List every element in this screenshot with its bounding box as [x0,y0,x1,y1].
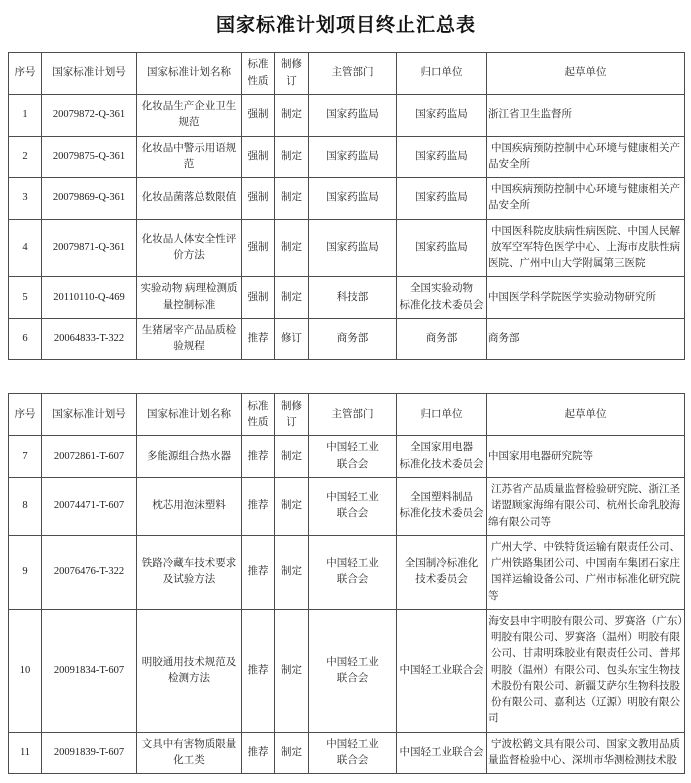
table-cell: 中国轻工业 联合会 [309,535,397,609]
table-cell: 10 [9,609,42,732]
table-cell: 强制 [242,178,275,220]
table-cell: 化妆品人体安全性评价方法 [137,219,242,277]
table-cell: 明胶通用技术规范及检测方法 [137,609,242,732]
table-cell: 20091839-T-607 [42,732,137,774]
table-cell: 枕芯用泡沫塑料 [137,477,242,535]
standards-termination-table-2: 序号国家标准计划号国家标准计划名称标准 性质制修订主管部门归口单位起草单位720… [8,393,685,774]
table-cell: 制定 [275,609,309,732]
column-header: 国家标准计划名称 [137,394,242,436]
column-header: 归口单位 [397,53,487,95]
table-cell: 4 [9,219,42,277]
table-cell: 20079875-Q-361 [42,136,137,178]
table-cell: 强制 [242,136,275,178]
table-cell: 全国制冷标准化 技术委员会 [397,535,487,609]
table-cell: 制定 [275,178,309,220]
table-cell: 中国疾病预防控制中心环境与健康相关产品安全所 [487,136,685,178]
table-cell: 制定 [275,436,309,478]
table-cell: 制定 [275,732,309,774]
table-cell: 文具中有害物质限量 化工类 [137,732,242,774]
table-row: 1020091834-T-607明胶通用技术规范及检测方法推荐制定中国轻工业 联… [9,609,685,732]
table-cell: 推荐 [242,318,275,360]
table-cell: 中国轻工业 联合会 [309,732,397,774]
table-cell: 全国家用电器 标准化技术委员会 [397,436,487,478]
column-header: 制修订 [275,394,309,436]
column-header: 主管部门 [309,394,397,436]
table-row: 820074471-T-607枕芯用泡沫塑料推荐制定中国轻工业 联合会全国塑料制… [9,477,685,535]
table-cell: 实验动物 病理检测质量控制标准 [137,277,242,319]
table-cell: 强制 [242,95,275,137]
table-cell: 20079872-Q-361 [42,95,137,137]
standards-termination-table-1: 序号国家标准计划号国家标准计划名称标准 性质制修订主管部门归口单位起草单位120… [8,52,685,360]
column-header: 起草单位 [487,394,685,436]
table-cell: 化妆品菌落总数限值 [137,178,242,220]
table-cell: 制定 [275,277,309,319]
table-cell: 全国塑料制品 标准化技术委员会 [397,477,487,535]
header-row: 序号国家标准计划号国家标准计划名称标准 性质制修订主管部门归口单位起草单位 [9,394,685,436]
table-cell: 科技部 [309,277,397,319]
table-cell: 铁路冷藏车技术要求及试验方法 [137,535,242,609]
table-row: 520110110-Q-469实验动物 病理检测质量控制标准强制制定科技部全国实… [9,277,685,319]
table-cell: 中国医学科学院医学实验动物研究所 [487,277,685,319]
table-cell: 广州大学、中铁特货运输有限责任公司、广州铁路集团公司、中国南车集团石家庄国祥运输… [487,535,685,609]
table-cell: 商务部 [309,318,397,360]
table-cell: 中国家用电器研究院等 [487,436,685,478]
table-cell: 20076476-T-322 [42,535,137,609]
column-header: 制修订 [275,53,309,95]
column-header: 国家标准计划号 [42,394,137,436]
table-cell: 国家药监局 [397,136,487,178]
column-header: 归口单位 [397,394,487,436]
table-cell: 国家药监局 [397,219,487,277]
table-cell: 江苏省产品质量监督检验研究院、浙江圣诺盟顾家海绵有限公司、杭州长命乳胶海绵有限公… [487,477,685,535]
column-header: 主管部门 [309,53,397,95]
table-cell: 浙江省卫生监督所 [487,95,685,137]
table-cell: 20110110-Q-469 [42,277,137,319]
table-cell: 海安县申宇明胶有限公司、罗赛洛（广东）明胶有限公司、罗赛洛（温州）明胶有限公司、… [487,609,685,732]
column-header: 序号 [9,53,42,95]
table-cell: 11 [9,732,42,774]
table-cell: 国家药监局 [309,95,397,137]
table-cell: 推荐 [242,609,275,732]
table-cell: 9 [9,535,42,609]
table-cell: 推荐 [242,732,275,774]
table-cell: 推荐 [242,535,275,609]
table-cell: 20079871-Q-361 [42,219,137,277]
table-cell: 中国医科院皮肤病性病医院、中国人民解放军空军特色医学中心、上海市皮肤性病医院、广… [487,219,685,277]
column-header: 标准 性质 [242,394,275,436]
table-row: 120079872-Q-361化妆品生产企业卫生规范强制制定国家药监局国家药监局… [9,95,685,137]
table-cell: 宁波松鹤文具有限公司、国家文教用品质量监督检验中心、深圳市华测检测技术股 [487,732,685,774]
table-cell: 20072861-T-607 [42,436,137,478]
table-cell: 制定 [275,535,309,609]
table-cell: 20064833-T-322 [42,318,137,360]
table-cell: 20091834-T-607 [42,609,137,732]
table-cell: 20079869-Q-361 [42,178,137,220]
table-cell: 推荐 [242,436,275,478]
table-cell: 制定 [275,219,309,277]
table-cell: 国家药监局 [309,219,397,277]
column-header: 序号 [9,394,42,436]
table-cell: 20074471-T-607 [42,477,137,535]
table-cell: 修订 [275,318,309,360]
column-header: 国家标准计划名称 [137,53,242,95]
header-row: 序号国家标准计划号国家标准计划名称标准 性质制修订主管部门归口单位起草单位 [9,53,685,95]
table-cell: 5 [9,277,42,319]
table-cell: 全国实验动物 标准化技术委员会 [397,277,487,319]
table-cell: 推荐 [242,477,275,535]
table-cell: 中国轻工业联合会 [397,609,487,732]
table-cell: 国家药监局 [309,136,397,178]
table-cell: 1 [9,95,42,137]
table-cell: 中国疾病预防控制中心环境与健康相关产品安全所 [487,178,685,220]
table-cell: 国家药监局 [309,178,397,220]
table-cell: 商务部 [397,318,487,360]
table-cell: 制定 [275,477,309,535]
table-cell: 国家药监局 [397,95,487,137]
column-header: 标准 性质 [242,53,275,95]
table-cell: 3 [9,178,42,220]
table-row: 320079869-Q-361化妆品菌落总数限值强制制定国家药监局国家药监局中国… [9,178,685,220]
table-cell: 中国轻工业 联合会 [309,477,397,535]
table-cell: 中国轻工业 联合会 [309,609,397,732]
table-cell: 生猪屠宰产品品质检验规程 [137,318,242,360]
table-cell: 中国轻工业 联合会 [309,436,397,478]
table-row: 220079875-Q-361化妆品中警示用语规范强制制定国家药监局国家药监局中… [9,136,685,178]
table-cell: 7 [9,436,42,478]
column-header: 国家标准计划号 [42,53,137,95]
table-row: 720072861-T-607多能源组合热水器推荐制定中国轻工业 联合会全国家用… [9,436,685,478]
table-cell: 国家药监局 [397,178,487,220]
table-cell: 中国轻工业联合会 [397,732,487,774]
table-cell: 制定 [275,136,309,178]
table-cell: 8 [9,477,42,535]
table-cell: 强制 [242,277,275,319]
table-cell: 强制 [242,219,275,277]
column-header: 起草单位 [487,53,685,95]
table-row: 620064833-T-322生猪屠宰产品品质检验规程推荐修订商务部商务部商务部 [9,318,685,360]
table-cell: 商务部 [487,318,685,360]
table-row: 920076476-T-322铁路冷藏车技术要求及试验方法推荐制定中国轻工业 联… [9,535,685,609]
document-page: 国家标准计划项目终止汇总表 序号国家标准计划号国家标准计划名称标准 性质制修订主… [0,0,691,774]
page-title: 国家标准计划项目终止汇总表 [8,10,684,37]
table-row: 1120091839-T-607文具中有害物质限量 化工类推荐制定中国轻工业 联… [9,732,685,774]
table-cell: 制定 [275,95,309,137]
table-cell: 2 [9,136,42,178]
table-cell: 化妆品生产企业卫生规范 [137,95,242,137]
table-row: 420079871-Q-361化妆品人体安全性评价方法强制制定国家药监局国家药监… [9,219,685,277]
table-cell: 6 [9,318,42,360]
table-cell: 化妆品中警示用语规范 [137,136,242,178]
table-cell: 多能源组合热水器 [137,436,242,478]
